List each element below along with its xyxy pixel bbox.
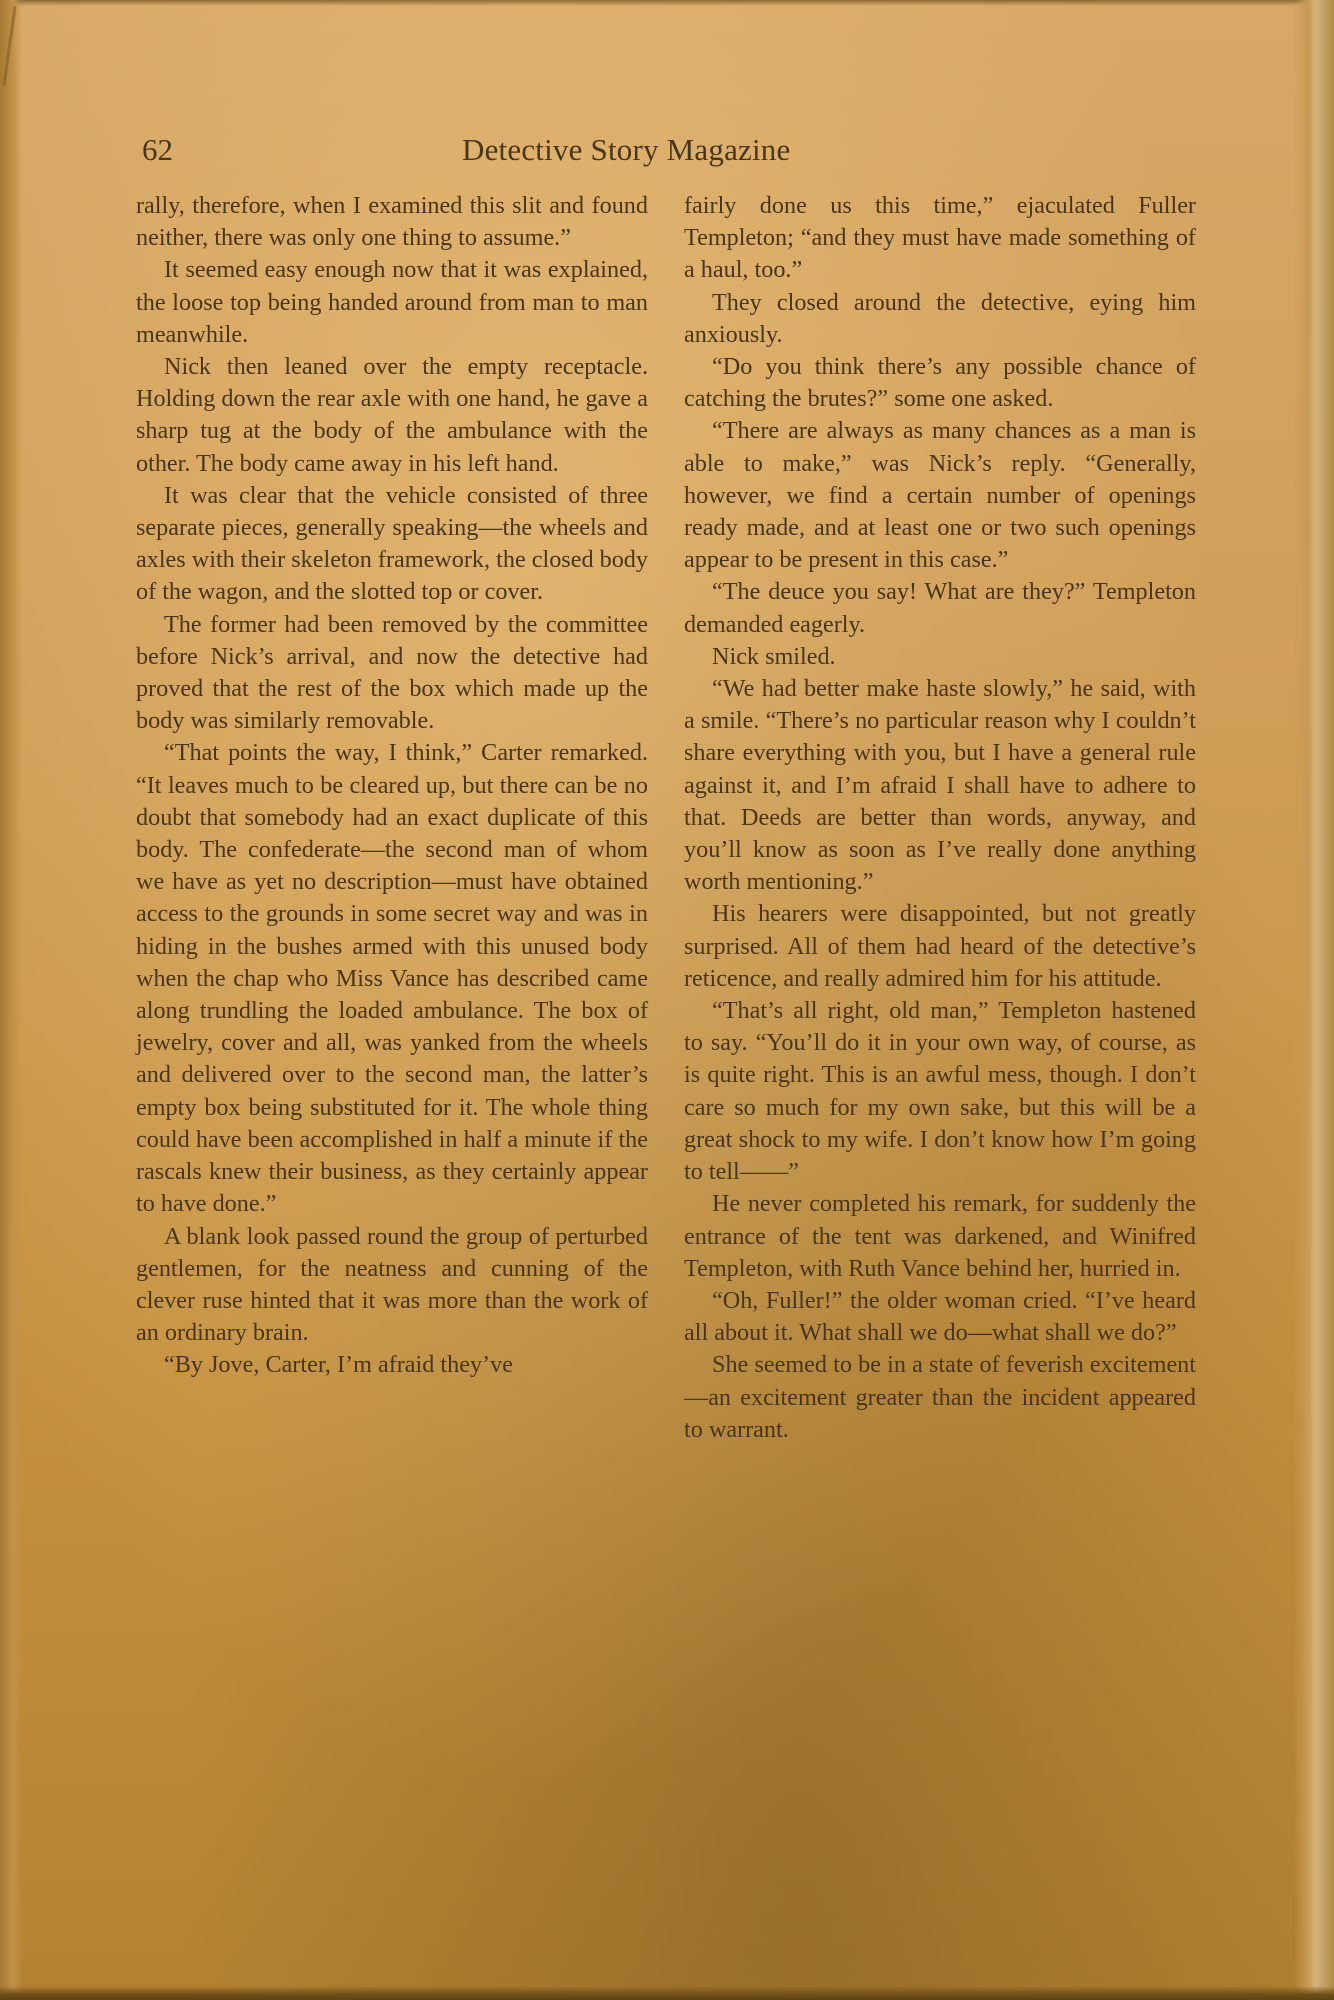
paragraph: “There are always as many chances as a m…	[684, 415, 1196, 576]
page-top-edge	[0, 0, 1334, 6]
paragraph: The former had been removed by the commi…	[136, 609, 648, 738]
page-bottom-edge	[0, 1986, 1334, 2000]
paragraph: They closed around the detective, eying …	[684, 287, 1196, 351]
page-number: 62	[142, 132, 173, 168]
text-column-left: rally, therefore, when I examined this s…	[136, 190, 648, 1382]
paragraph: “That’s all right, old man,” Templeton h…	[684, 995, 1196, 1188]
paragraph: Nick smiled.	[684, 641, 1196, 673]
paragraph: It seemed easy enough now that it was ex…	[136, 254, 648, 351]
paragraph: It was clear that the vehicle consisted …	[136, 480, 648, 609]
running-title: Detective Story Magazine	[462, 132, 790, 168]
paragraph: “Do you think there’s any possible chanc…	[684, 351, 1196, 415]
magazine-page: 62 Detective Story Magazine rally, there…	[0, 0, 1334, 2000]
paragraph: “Oh, Fuller!” the older woman cried. “I’…	[684, 1285, 1196, 1349]
text-column-right: fairly done us this time,” ejaculated Fu…	[684, 190, 1196, 1446]
paragraph: “The deuce you say! What are they?” Temp…	[684, 576, 1196, 640]
paragraph: Nick then leaned over the empty receptac…	[136, 351, 648, 480]
paragraph: fairly done us this time,” ejaculated Fu…	[684, 190, 1196, 287]
paragraph: His hearers were disappointed, but not g…	[684, 898, 1196, 995]
paragraph: “We had better make haste slowly,” he sa…	[684, 673, 1196, 898]
page-right-edge	[1294, 0, 1334, 2000]
paragraph: She seemed to be in a state of feverish …	[684, 1349, 1196, 1446]
paragraph: He never completed his remark, for sudde…	[684, 1188, 1196, 1285]
paragraph: “By Jove, Carter, I’m afraid they’ve	[136, 1349, 648, 1381]
page-left-edge	[0, 0, 22, 2000]
page-header: 62 Detective Story Magazine	[142, 132, 1202, 172]
paragraph: A blank look passed round the group of p…	[136, 1221, 648, 1350]
paragraph: rally, therefore, when I examined this s…	[136, 190, 648, 254]
paragraph: “That points the way, I think,” Carter r…	[136, 737, 648, 1220]
